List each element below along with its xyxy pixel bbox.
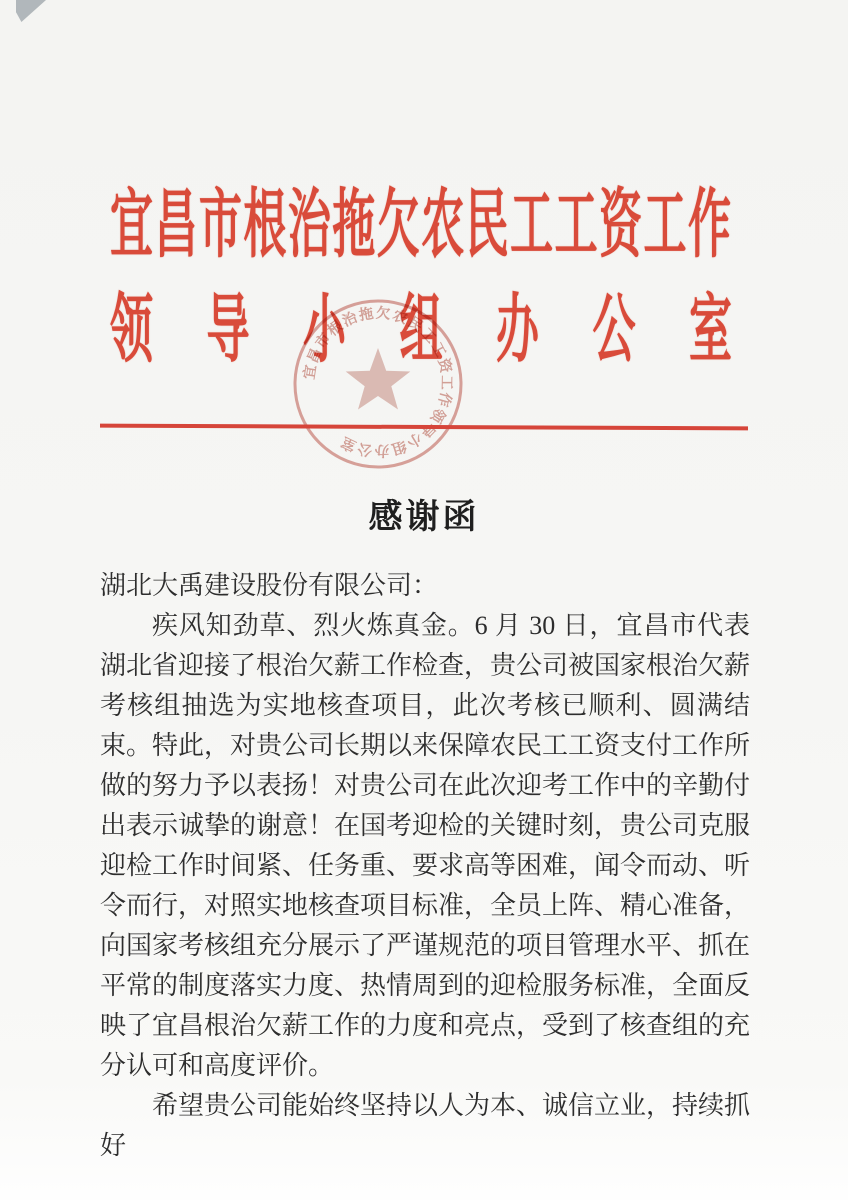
letter-body: 湖北大禹建设股份有限公司： 疾风知劲草、烈火炼真金。6 月 30 日，宜昌市代表… <box>100 566 750 1166</box>
paragraph-2: 希望贵公司能始终坚持以人为本、诚信立业，持续抓好 <box>100 1086 750 1166</box>
scanned-letter-page: 宜昌市根治拖欠农民工工资工作 领导小组办公室 宜昌市根治拖欠农民工工资工作领导小… <box>0 0 848 1200</box>
salutation: 湖北大禹建设股份有限公司： <box>100 566 750 606</box>
letter-title: 感谢函 <box>0 489 848 538</box>
paragraph-1: 疾风知劲草、烈火炼真金。6 月 30 日，宜昌市代表湖北省迎接了根治欠薪工作检查… <box>100 606 750 1086</box>
scan-edge-artifact <box>16 0 46 22</box>
letterhead-line-1: 宜昌市根治拖欠农民工工资工作 <box>110 189 732 264</box>
seal-star-icon <box>346 348 411 410</box>
official-red-seal: 宜昌市根治拖欠农民工工资工作领导小组办公室 <box>290 296 466 472</box>
